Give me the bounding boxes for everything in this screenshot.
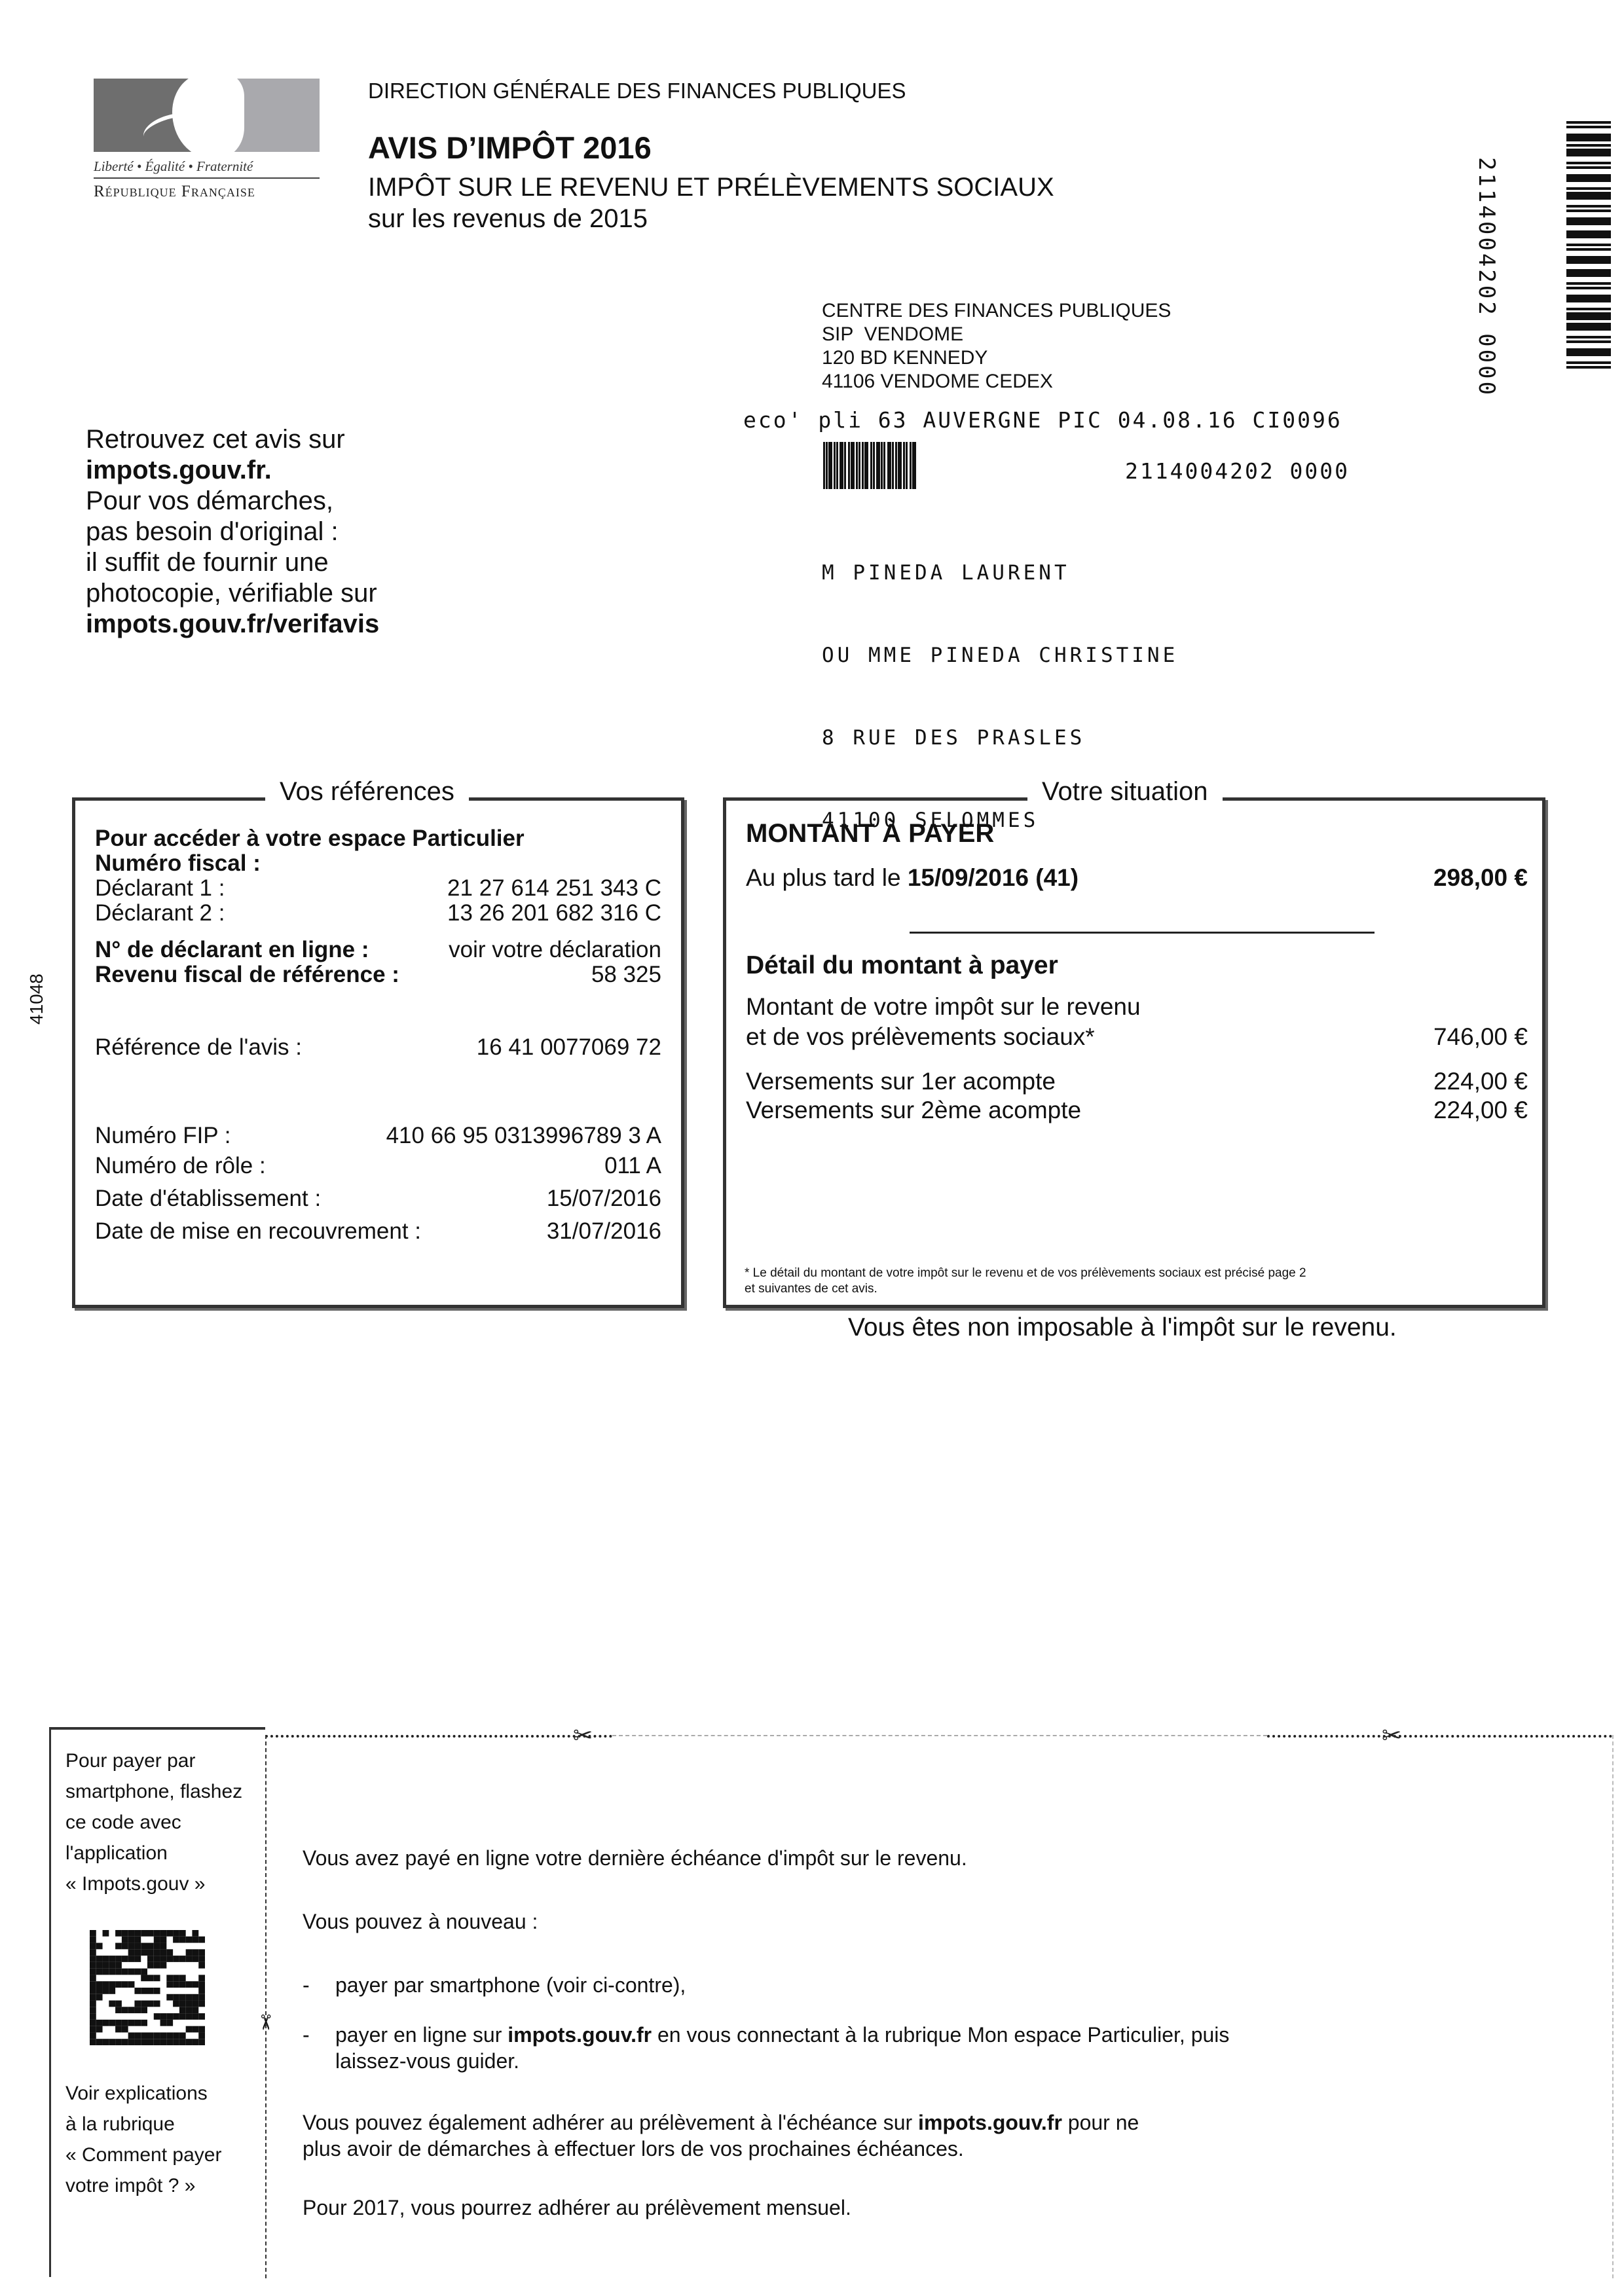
- access-heading-text: Pour accéder à votre espace Particulier: [95, 826, 525, 852]
- declarant1-value: 21 27 614 251 343 C: [447, 875, 661, 902]
- numero-fiscal-heading: Numéro fiscal :: [95, 850, 661, 877]
- sender-address: CENTRE DES FINANCES PUBLIQUES SIP VENDOM…: [822, 299, 1171, 393]
- document-subtitle: IMPÔT SUR LE REVENU ET PRÉLÈVEMENTS SOCI…: [368, 173, 1054, 202]
- montant-heading-text: MONTANT À PAYER: [746, 819, 994, 848]
- smartphone-line: « Impots.gouv »: [65, 1868, 242, 1899]
- declarant2-value: 13 26 201 682 316 C: [447, 900, 661, 926]
- barcode-number: 2114004202 0000: [1125, 458, 1350, 484]
- online-notice-line: photocopie, vérifiable sur: [86, 578, 379, 609]
- acompte2-value: 224,00 €: [1433, 1097, 1528, 1124]
- online-notice: Retrouvez cet avis sur impots.gouv.fr. P…: [86, 424, 379, 640]
- sender-line: SIP VENDOME: [822, 323, 1171, 346]
- agency-name: DIRECTION GÉNÉRALE DES FINANCES PUBLIQUE…: [368, 79, 906, 103]
- role-label: Numéro de rôle :: [95, 1153, 266, 1179]
- rfr-label: Revenu fiscal de référence :: [95, 962, 399, 988]
- detail-heading: Détail du montant à payer: [746, 951, 1528, 980]
- online-declarant-label: N° de déclarant en ligne :: [95, 937, 369, 963]
- declarant2-label: Déclarant 2 :: [95, 900, 225, 926]
- online-declarant-row: N° de déclarant en ligne :voir votre déc…: [95, 937, 661, 963]
- scissors-icon: ✂: [1382, 1722, 1401, 1749]
- role-row: Numéro de rôle :011 A: [95, 1153, 661, 1179]
- explications-line: Voir explications: [65, 2078, 221, 2109]
- vertical-reference-code: 2114004202 0000: [1467, 157, 1506, 419]
- slip-right-edge: [1612, 1735, 1614, 2278]
- scissors-icon: ✂: [573, 1722, 593, 1749]
- impot-row-2: et de vos prélèvements sociaux*746,00 €: [746, 1023, 1528, 1051]
- deadline: Au plus tard le 15/09/2016 (41): [746, 864, 1079, 892]
- rfr-row: Revenu fiscal de référence :58 325: [95, 962, 661, 988]
- scissors-icon: ✂: [253, 2014, 278, 2032]
- acompte1-label: Versements sur 1er acompte: [746, 1068, 1056, 1095]
- rfr-value: 58 325: [591, 962, 661, 988]
- recipient-line: OU MME PINEDA CHRISTINE: [822, 642, 1178, 669]
- deadline-prefix: Au plus tard le: [746, 864, 908, 891]
- vertical-cut-line: [265, 1735, 267, 2278]
- declarant1-row: Déclarant 1 :21 27 614 251 343 C: [95, 875, 661, 902]
- vertical-barcode-icon: [1566, 121, 1611, 455]
- marianne-icon: [94, 79, 320, 152]
- montant-heading: MONTANT À PAYER: [746, 819, 1528, 848]
- recouvrement-label: Date de mise en recouvrement :: [95, 1218, 421, 1245]
- adherer-text: pour ne: [1062, 2111, 1139, 2134]
- impot-row-1: Montant de votre impôt sur le revenu: [746, 993, 1528, 1021]
- recipient-line: M PINEDA LAURENT: [822, 559, 1178, 587]
- document-subtitle-year: sur les revenus de 2015: [368, 204, 648, 234]
- footnote-line: * Le détail du montant de votre impôt su…: [745, 1266, 1306, 1281]
- adherer-notice: Vous pouvez également adhérer au prélève…: [303, 2109, 1139, 2162]
- explications-line: à la rubrique: [65, 2109, 221, 2140]
- cut-line-faint: [612, 1735, 1267, 1736]
- bullet-dash: -: [303, 1972, 335, 1998]
- bullet-dash: -: [303, 2022, 335, 2048]
- access-heading: Pour accéder à votre espace Particulier: [95, 826, 661, 852]
- amount-due: 298,00 €: [1433, 864, 1528, 892]
- verifavis-link[interactable]: impots.gouv.fr/verifavis: [86, 609, 379, 640]
- etablissement-label: Date d'établissement :: [95, 1186, 321, 1212]
- smartphone-line: smartphone, flashez: [65, 1776, 242, 1807]
- impots-link[interactable]: impots.gouv.fr.: [86, 455, 379, 486]
- avis-value: 16 41 0077069 72: [477, 1034, 661, 1061]
- impots-link[interactable]: impots.gouv.fr: [507, 2023, 652, 2047]
- online-notice-line: pas besoin d'original :: [86, 517, 379, 547]
- references-box: Vos références Pour accéder à votre espa…: [72, 797, 684, 1308]
- acompte1-value: 224,00 €: [1433, 1068, 1528, 1095]
- deadline-row: Au plus tard le 15/09/2016 (41) 298,00 €: [746, 864, 1528, 892]
- postal-marking: eco' pli 63 AUVERGNE PIC 04.08.16 CI0096: [743, 407, 1342, 433]
- mensuel-notice: Pour 2017, vous pourrez adhérer au prélè…: [303, 2195, 851, 2221]
- impot-label: Montant de votre impôt sur le revenu: [746, 993, 1141, 1021]
- recipient-line: 8 RUE DES PRASLES: [822, 724, 1178, 752]
- logo-republic: République Française: [94, 183, 320, 201]
- bullet-text: payer en ligne sur: [335, 2023, 507, 2047]
- fip-label: Numéro FIP :: [95, 1123, 231, 1149]
- smartphone-line: Pour payer par: [65, 1745, 242, 1776]
- bullet-text: payer par smartphone (voir ci-contre),: [335, 1973, 686, 1997]
- explications-line: « Comment payer: [65, 2140, 221, 2170]
- impots-link[interactable]: impots.gouv.fr: [918, 2111, 1062, 2134]
- declarant1-label: Déclarant 1 :: [95, 875, 225, 902]
- online-notice-line: il suffit de fournir une: [86, 547, 379, 578]
- acompte2-label: Versements sur 2ème acompte: [746, 1097, 1081, 1124]
- adherer-text-continued: plus avoir de démarches à effectuer lors…: [303, 2136, 1139, 2162]
- vertical-reference-text: 2114004202 0000: [1473, 157, 1500, 397]
- avis-row: Référence de l'avis :16 41 0077069 72: [95, 1034, 661, 1061]
- can-again-text: Vous pouvez à nouveau :: [303, 1908, 538, 1935]
- explications-line: votre impôt ? »: [65, 2170, 221, 2201]
- etablissement-row: Date d'établissement :15/07/2016: [95, 1186, 661, 1212]
- impot-value: 746,00 €: [1433, 1023, 1528, 1051]
- cut-line: [265, 1735, 612, 1738]
- smartphone-line: ce code avec: [65, 1807, 242, 1838]
- footnote-line: et suivantes de cet avis.: [745, 1281, 1306, 1297]
- smartphone-line: l'application: [65, 1838, 242, 1868]
- postal-barcode-icon: [823, 442, 1067, 489]
- sender-line: 120 BD KENNEDY: [822, 346, 1171, 370]
- bullet-smartphone: -payer par smartphone (voir ci-contre),: [303, 1972, 686, 1998]
- cut-line: [1267, 1735, 1612, 1738]
- online-notice-line: Pour vos démarches,: [86, 486, 379, 517]
- online-notice-line: Retrouvez cet avis sur: [86, 424, 379, 455]
- fip-value: 410 66 95 0313996789 3 A: [386, 1123, 661, 1149]
- logo-motto: Liberté • Égalité • Fraternité: [94, 158, 320, 179]
- explications: Voir explications à la rubrique « Commen…: [65, 2078, 221, 2201]
- non-imposable-notice: Vous êtes non imposable à l'impôt sur le…: [848, 1313, 1397, 1342]
- adherer-text: Vous pouvez également adhérer au prélève…: [303, 2111, 918, 2134]
- bullet-online: -payer en ligne sur impots.gouv.fr en vo…: [303, 2022, 1229, 2074]
- republique-francaise-logo: Liberté • Égalité • Fraternité Républiqu…: [94, 79, 320, 201]
- side-number: 41048: [26, 974, 47, 1025]
- acompte1-row: Versements sur 1er acompte224,00 €: [746, 1068, 1528, 1095]
- etablissement-value: 15/07/2016: [547, 1186, 661, 1212]
- situation-title: Votre situation: [1027, 777, 1223, 807]
- sender-line: 41106 VENDOME CEDEX: [822, 370, 1171, 393]
- bullet-text-continued: laissez-vous guider.: [303, 2048, 1229, 2074]
- situation-box: Votre situation MONTANT À PAYER Au plus …: [723, 797, 1545, 1308]
- impot-label-2: et de vos prélèvements sociaux*: [746, 1023, 1095, 1051]
- sender-line: CENTRE DES FINANCES PUBLIQUES: [822, 299, 1171, 323]
- document-title: AVIS D’IMPÔT 2016: [368, 130, 652, 166]
- avis-label: Référence de l'avis :: [95, 1034, 302, 1061]
- role-value: 011 A: [604, 1153, 661, 1179]
- declarant2-row: Déclarant 2 :13 26 201 682 316 C: [95, 900, 661, 926]
- detail-heading-text: Détail du montant à payer: [746, 951, 1058, 980]
- deadline-date: 15/09/2016 (41): [908, 864, 1079, 891]
- recouvrement-row: Date de mise en recouvrement :31/07/2016: [95, 1218, 661, 1245]
- acompte2-row: Versements sur 2ème acompte224,00 €: [746, 1097, 1528, 1124]
- datamatrix-code-icon[interactable]: [90, 1930, 205, 2045]
- paid-online-notice: Vous avez payé en ligne votre dernière é…: [303, 1845, 967, 1871]
- fip-row: Numéro FIP :410 66 95 0313996789 3 A: [95, 1123, 661, 1149]
- smartphone-instructions: Pour payer par smartphone, flashez ce co…: [65, 1745, 242, 1899]
- separator: [910, 932, 1375, 934]
- numero-fiscal-label: Numéro fiscal :: [95, 850, 261, 877]
- bullet-text: en vous connectant à la rubrique Mon esp…: [652, 2023, 1229, 2047]
- footnote: * Le détail du montant de votre impôt su…: [745, 1266, 1306, 1297]
- references-title: Vos références: [265, 777, 469, 807]
- online-declarant-value: voir votre déclaration: [449, 937, 661, 963]
- recouvrement-value: 31/07/2016: [547, 1218, 661, 1245]
